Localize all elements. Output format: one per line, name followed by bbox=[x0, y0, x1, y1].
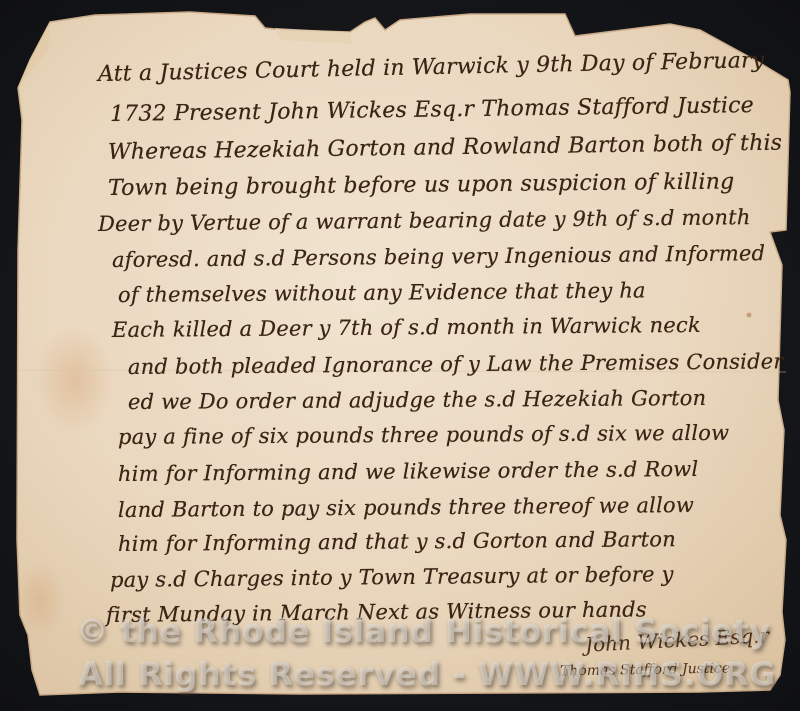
text-line: Deer by Vertue of a warrant bearing date… bbox=[98, 205, 751, 236]
text-line: him for Informing and that y s.d Gorton … bbox=[118, 527, 676, 556]
text-line: him for Informing and we likewise order … bbox=[118, 457, 699, 486]
text-line: ed we Do order and adjudge the s.d Hezek… bbox=[128, 386, 706, 414]
text-line: Town being brought before us upon suspic… bbox=[108, 169, 735, 201]
text-line: Each killed a Deer y 7th of s.d month in… bbox=[112, 313, 701, 342]
copyright-watermark-line-1: © the Rhode Island Historical Society bbox=[76, 612, 770, 650]
text-line: pay a fine of six pounds three pounds of… bbox=[118, 421, 729, 449]
text-line: Whereas Hezekiah Gorton and Rowland Bart… bbox=[108, 131, 783, 165]
manuscript-text: Att a Justices Court held in Warwick y 9… bbox=[0, 0, 800, 711]
text-line: and both pleaded Ignorance of y Law the … bbox=[128, 349, 784, 379]
text-line: pay s.d Charges into y Town Treasury at … bbox=[110, 562, 674, 592]
text-line: land Barton to pay six pounds three ther… bbox=[118, 493, 694, 522]
copyright-watermark-line-2: All Rights Reserved - WWW.RIHS.ORG bbox=[78, 655, 776, 693]
text-line: Att a Justices Court held in Warwick y 9… bbox=[98, 48, 765, 87]
text-line: of themselves without any Evidence that … bbox=[118, 278, 646, 307]
text-line: aforesd. and s.d Persons being very Inge… bbox=[112, 241, 765, 272]
text-line: 1732 Present John Wickes Esq.r Thomas St… bbox=[110, 93, 754, 127]
